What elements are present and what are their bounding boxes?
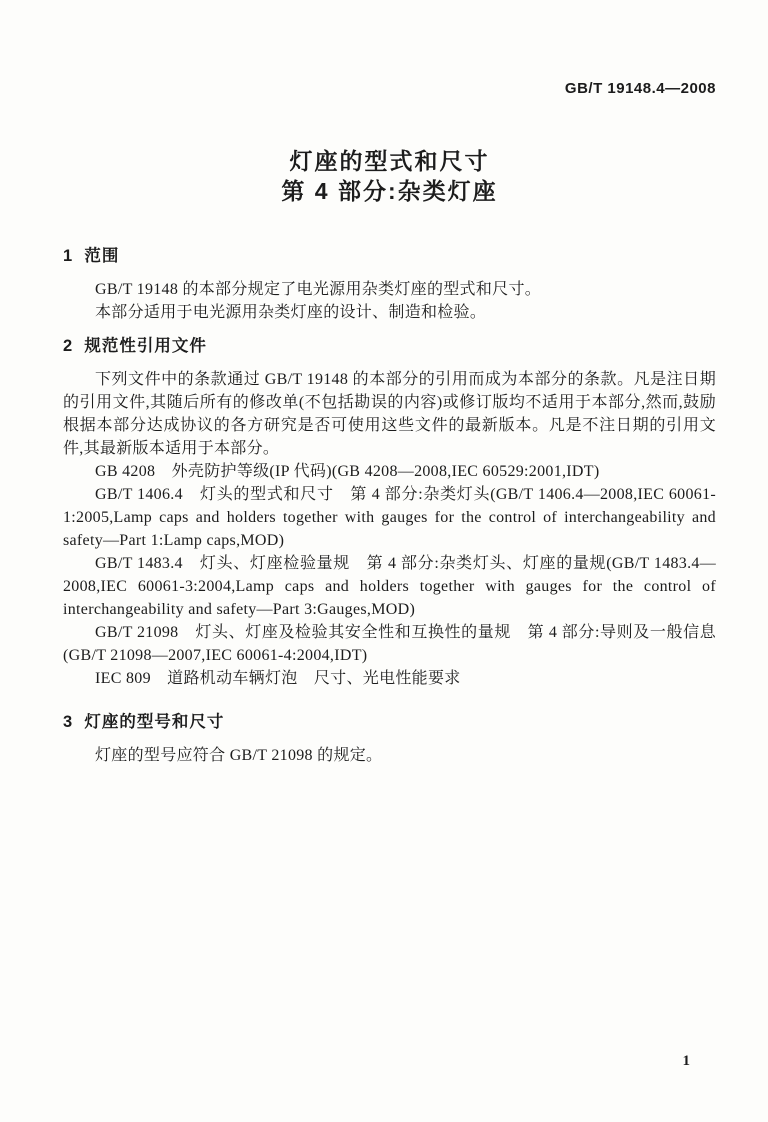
section-3-heading: 3 灯座的型号和尺寸 bbox=[63, 712, 716, 732]
section-3-number: 3 bbox=[63, 713, 73, 731]
doc-title-line1: 灯座的型式和尺寸 bbox=[63, 146, 716, 176]
page-footer: 1 bbox=[63, 1053, 716, 1070]
section-2-heading: 2 规范性引用文件 bbox=[63, 336, 716, 356]
page-number: 1 bbox=[683, 1053, 691, 1069]
reference-item-gbt1483-4: GB/T 1483.4 灯头、灯座检验量规 第 4 部分:杂类灯头、灯座的量规(… bbox=[63, 552, 716, 621]
section-2-title: 规范性引用文件 bbox=[84, 337, 207, 355]
reference-item-iec809: IEC 809 道路机动车辆灯泡 尺寸、光电性能要求 bbox=[63, 667, 716, 690]
section-1-title: 范围 bbox=[84, 247, 119, 265]
document-page: GB/T 19148.4—2008 灯座的型式和尺寸 第 4 部分:杂类灯座 1… bbox=[0, 0, 768, 1122]
section-1-heading: 1 范围 bbox=[63, 246, 716, 266]
section-1-number: 1 bbox=[63, 247, 73, 265]
section-1-body: GB/T 19148 的本部分规定了电光源用杂类灯座的型式和尺寸。 本部分适用于… bbox=[63, 278, 716, 324]
model-paragraph-1: 灯座的型号应符合 GB/T 21098 的规定。 bbox=[63, 744, 716, 767]
scope-paragraph-2: 本部分适用于电光源用杂类灯座的设计、制造和检验。 bbox=[63, 301, 716, 324]
doc-number: GB/T 19148.4—2008 bbox=[63, 80, 716, 98]
section-3-body: 灯座的型号应符合 GB/T 21098 的规定。 bbox=[63, 744, 716, 767]
reference-item-gb4208: GB 4208 外壳防护等级(IP 代码)(GB 4208—2008,IEC 6… bbox=[63, 460, 716, 483]
reference-item-gbt1406-4: GB/T 1406.4 灯头的型式和尺寸 第 4 部分:杂类灯头(GB/T 14… bbox=[63, 483, 716, 552]
section-2-number: 2 bbox=[63, 337, 73, 355]
section-2-body: 下列文件中的条款通过 GB/T 19148 的本部分的引用而成为本部分的条款。凡… bbox=[63, 368, 716, 690]
reference-item-gbt21098: GB/T 21098 灯头、灯座及检验其安全性和互换性的量规 第 4 部分:导则… bbox=[63, 621, 716, 667]
doc-title-line2: 第 4 部分:杂类灯座 bbox=[63, 176, 716, 206]
section-3-title: 灯座的型号和尺寸 bbox=[84, 713, 224, 731]
scope-paragraph-1: GB/T 19148 的本部分规定了电光源用杂类灯座的型式和尺寸。 bbox=[63, 278, 716, 301]
normative-refs-intro: 下列文件中的条款通过 GB/T 19148 的本部分的引用而成为本部分的条款。凡… bbox=[63, 368, 716, 460]
doc-title: 灯座的型式和尺寸 第 4 部分:杂类灯座 bbox=[63, 146, 716, 206]
